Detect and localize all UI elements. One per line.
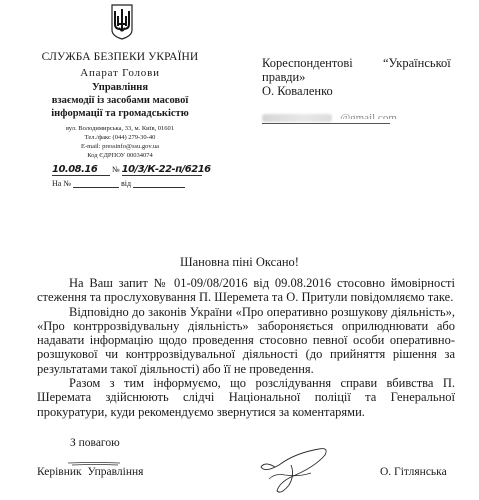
registration-line: 10.08.16 № 10/3/К-22-п/6216	[52, 164, 202, 176]
salutation: Шановна піні Оксано!	[0, 255, 479, 270]
organization-name: СЛУЖБА БЕЗПЕКИ УКРАЇНИ	[20, 51, 220, 63]
reference-date-blank	[133, 178, 185, 188]
signatory-position: Керівник Управління	[37, 466, 143, 478]
letter-body: На Ваш запит № 01-09/08/2016 від 09.08.2…	[37, 276, 455, 419]
paragraph-3: Разом з тим інформуємо, що розслідування…	[37, 376, 455, 419]
org-edrpou: Код ЄДРПОУ 00034074	[20, 151, 220, 160]
recipient-outlet-part2: правди»	[262, 70, 462, 84]
registration-number-label: №	[112, 165, 120, 174]
redaction-blur	[262, 114, 332, 122]
trident-emblem-icon	[110, 4, 134, 40]
paragraph-2: Відповідно до законів України «Про опера…	[37, 305, 455, 376]
reference-from-label: від	[121, 179, 131, 188]
org-email: E-mail: pressinfo@ssu.gov.ua	[20, 142, 220, 151]
department-name: Апарат Голови	[20, 67, 220, 79]
recipient-role: Кореспондентові	[262, 56, 353, 70]
unit-name-line2: взаємодії із засобами масової	[20, 94, 220, 107]
unit-name-line3: інформації та громадськістю	[20, 107, 220, 120]
recipient-name: О. Коваленко	[262, 84, 462, 98]
recipient-email-redacted: @gmail.com	[262, 112, 390, 124]
email-underline	[262, 123, 390, 124]
recipient-line1: Кореспондентові “Української	[262, 56, 462, 70]
registration-date: 10.08.16	[52, 164, 110, 176]
closing-underline	[68, 453, 120, 457]
org-phone: Тел./факс (044) 279-30-40	[20, 133, 220, 142]
handwritten-signature-icon	[255, 445, 335, 497]
closing-regards: З повагою	[70, 437, 120, 449]
reference-line: На № від	[52, 178, 185, 188]
signatory-name: О. Гітлянська	[380, 466, 447, 478]
reference-number-blank	[73, 178, 119, 188]
org-address: вул. Володимирська, 33, м. Київ, 01601	[20, 124, 220, 133]
reference-number-label: На №	[52, 179, 71, 188]
recipient-email-domain: @gmail.com	[340, 112, 397, 119]
registration-number: 10/3/К-22-п/6216	[122, 164, 202, 176]
recipient-outlet-part1: “Української	[383, 56, 451, 70]
paragraph-1: На Ваш запит № 01-09/08/2016 від 09.08.2…	[37, 276, 455, 305]
unit-name-line1: Управління	[20, 81, 220, 94]
